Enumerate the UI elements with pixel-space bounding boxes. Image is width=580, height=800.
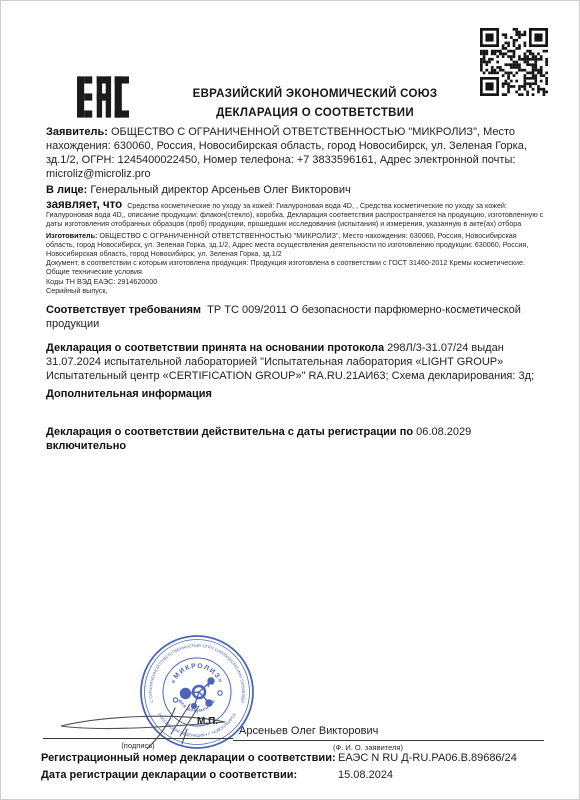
validity-label: Декларация о соответствии действительна … bbox=[46, 426, 413, 438]
registration-number-label: Регистрационный номер декларации о соотв… bbox=[41, 752, 336, 764]
additional-info-label: Дополнительная информация bbox=[46, 388, 212, 400]
manufacturer-serial: Серийный выпуск, bbox=[46, 286, 545, 295]
applicant-text: ОБЩЕСТВО С ОГРАНИЧЕННОЙ ОТВЕТСТВЕННОСТЬЮ… bbox=[46, 126, 527, 180]
declarant-name: Арсеньев Олег Викторович bbox=[239, 725, 378, 737]
validity-date: 06.08.2029 bbox=[416, 426, 471, 438]
manufacturer-address: Изготовитель: ОБЩЕСТВО С ОГРАНИЧЕННОЙ ОТ… bbox=[46, 231, 545, 259]
document-header: ЕВРАЗИЙСКИЙ ЭКОНОМИЧЕСКИЙ СОЮЗ ДЕКЛАРАЦИ… bbox=[111, 88, 519, 119]
validity-paragraph: Декларация о соответствии действительна … bbox=[46, 425, 545, 453]
in-person-text: Генеральный директор Арсеньев Олег Викто… bbox=[90, 184, 350, 196]
declaration-page: ЕВРАЗИЙСКИЙ ЭКОНОМИЧЕСКИЙ СОЮЗ ДЕКЛАРАЦИ… bbox=[0, 0, 580, 800]
manufacturer-address-text: ОБЩЕСТВО С ОГРАНИЧЕННОЙ ОТВЕТСТВЕННОСТЬЮ… bbox=[46, 231, 528, 258]
document-title: ДЕКЛАРАЦИЯ О СООТВЕТСТВИИ bbox=[111, 107, 519, 119]
svg-text:«МИКРОЛИЗ»: «МИКРОЛИЗ» bbox=[170, 663, 225, 685]
stamp-place-label: М.П. bbox=[197, 716, 218, 727]
declares-label: заявляет, что bbox=[46, 199, 122, 211]
signature-line bbox=[43, 738, 233, 739]
union-title: ЕВРАЗИЙСКИЙ ЭКОНОМИЧЕСКИЙ СОЮЗ bbox=[111, 88, 519, 100]
applicant-label: Заявитель: bbox=[46, 126, 108, 138]
manufacturer-label: Изготовитель: bbox=[46, 231, 97, 240]
document-body: Заявитель: ОБЩЕСТВО С ОГРАНИЧЕННОЙ ОТВЕТ… bbox=[46, 125, 545, 453]
basis-paragraph: Декларация о соответствии принята на осн… bbox=[46, 341, 545, 383]
in-person-paragraph: В лице: Генеральный директор Арсеньев Ол… bbox=[46, 183, 545, 197]
validity-suffix: включительно bbox=[46, 440, 126, 452]
applicant-paragraph: Заявитель: ОБЩЕСТВО С ОГРАНИЧЕННОЙ ОТВЕТ… bbox=[46, 125, 545, 181]
manufacturer-block: Изготовитель: ОБЩЕСТВО С ОГРАНИЧЕННОЙ ОТ… bbox=[46, 231, 545, 295]
basis-label: Декларация о соответствии принята на осн… bbox=[46, 342, 384, 354]
declarant-name-line bbox=[233, 740, 544, 741]
complies-paragraph: Соответствует требованиям ТР ТС 009/2011… bbox=[46, 303, 545, 331]
manufacturer-tnved: Коды ТН ВЭД ЕАЭС: 2914620000 bbox=[46, 277, 545, 286]
additional-info-heading: Дополнительная информация bbox=[46, 387, 545, 401]
qr-code bbox=[480, 28, 548, 96]
registration-date-value: 15.08.2024 bbox=[338, 769, 393, 781]
declarant-name-caption: (Ф. И. О. заявителя) bbox=[268, 743, 468, 752]
registration-date-label: Дата регистрации декларации о соответств… bbox=[41, 769, 297, 781]
registration-number-value: ЕАЭС N RU Д-RU.РА06.В.89686/24 bbox=[338, 752, 517, 764]
signature-caption: (подпись) bbox=[53, 741, 223, 750]
complies-label: Соответствует требованиям bbox=[46, 304, 201, 316]
in-person-label: В лице: bbox=[46, 184, 87, 196]
stamp-company-name: «МИКРОЛИЗ» bbox=[170, 663, 225, 685]
declares-paragraph: заявляет, чтоСредства косметические по у… bbox=[46, 201, 545, 229]
manufacturer-standard: Документ, в соответствии с которым изгот… bbox=[46, 258, 545, 276]
